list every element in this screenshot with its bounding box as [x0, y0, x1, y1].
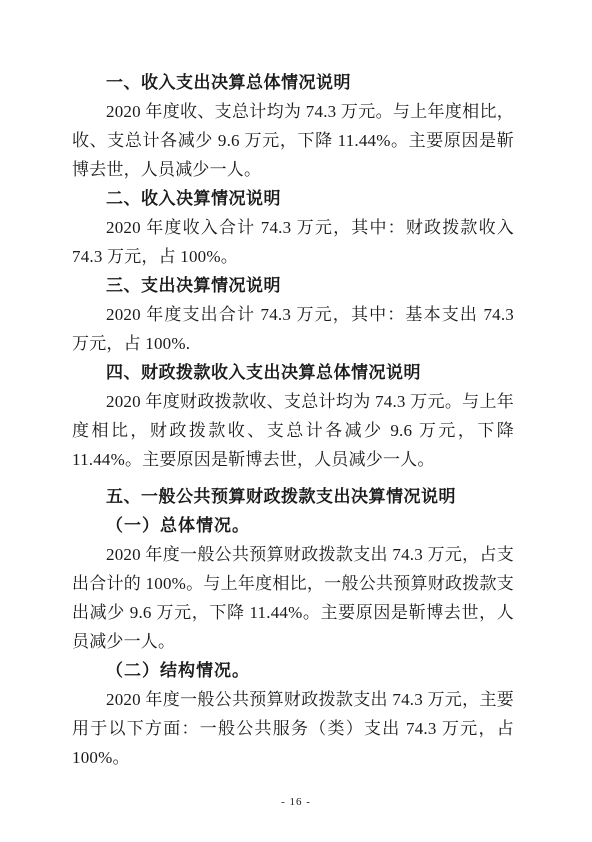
- paragraph: 2020 年度财政拨款收、支总计均为 74.3 万元。与上年度相比，财政拨款收、…: [72, 387, 514, 474]
- page-number: - 16 -: [0, 795, 592, 809]
- section-heading-5: 五、一般公共预算财政拨款支出决算情况说明: [72, 482, 514, 511]
- section-heading-1: 一、收入支出决算总体情况说明: [72, 68, 514, 97]
- paragraph: 2020 年度收入合计 74.3 万元，其中：财政拨款收入 74.3 万元，占 …: [72, 213, 514, 271]
- paragraph: 2020 年度一般公共预算财政拨款支出 74.3 万元，占支出合计的 100%。…: [72, 540, 514, 656]
- sub-heading-5-1: （一）总体情况。: [72, 511, 514, 540]
- section-heading-3: 三、支出决算情况说明: [72, 271, 514, 300]
- paragraph: 2020 年度支出合计 74.3 万元，其中：基本支出 74.3 万元，占 10…: [72, 300, 514, 358]
- paragraph: 2020 年度收、支总计均为 74.3 万元。与上年度相比，收、支总计各减少 9…: [72, 97, 514, 184]
- paragraph: 2020 年度一般公共预算财政拨款支出 74.3 万元，主要用于以下方面：一般公…: [72, 685, 514, 772]
- section-heading-2: 二、收入决算情况说明: [72, 184, 514, 213]
- section-heading-4: 四、财政拨款收入支出决算总体情况说明: [72, 358, 514, 387]
- document-page: 一、收入支出决算总体情况说明 2020 年度收、支总计均为 74.3 万元。与上…: [0, 0, 592, 842]
- document-body: 一、收入支出决算总体情况说明 2020 年度收、支总计均为 74.3 万元。与上…: [72, 68, 514, 772]
- sub-heading-5-2: （二）结构情况。: [72, 656, 514, 685]
